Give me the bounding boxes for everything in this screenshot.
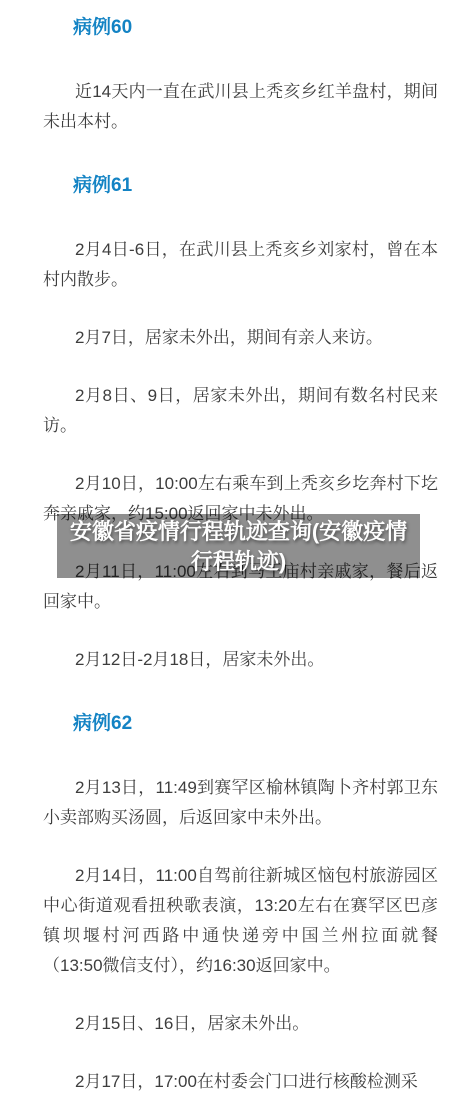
trajectory-paragraph: 2月17日，17:00在村委会门口进行核酸检测采 bbox=[43, 1067, 438, 1095]
article-page: { "page": { "background_color": "#ffffff… bbox=[0, 0, 476, 1095]
trajectory-paragraph: 2月15日、16日，居家未外出。 bbox=[43, 1009, 438, 1039]
trajectory-paragraph: 2月4日-6日，在武川县上秃亥乡刘家村，曾在本村内散步。 bbox=[43, 235, 438, 295]
trajectory-paragraph: 2月14日，11:00自驾前往新城区恼包村旅游园区中心街道观看扭秧歌表演，13:… bbox=[43, 861, 438, 981]
trajectory-paragraph: 2月12日-2月18日，居家未外出。 bbox=[43, 645, 438, 675]
case-heading-61: 病例61 bbox=[43, 173, 438, 199]
watermark-caption: 安徽省疫情行程轨迹查询(安徽疫情 行程轨迹) bbox=[57, 514, 420, 578]
trajectory-paragraph: 近14天内一直在武川县上秃亥乡红羊盘村，期间未出本村。 bbox=[43, 77, 438, 137]
trajectory-paragraph: 2月8日、9日，居家未外出，期间有数名村民来访。 bbox=[43, 381, 438, 441]
watermark-caption-line-1: 安徽省疫情行程轨迹查询(安徽疫情 bbox=[57, 517, 420, 547]
case-heading-62: 病例62 bbox=[43, 711, 438, 737]
case-heading-60: 病例60 bbox=[43, 15, 438, 41]
watermark-caption-line-2: 行程轨迹) bbox=[57, 547, 420, 577]
trajectory-paragraph: 2月7日，居家未外出，期间有亲人来访。 bbox=[43, 323, 438, 353]
trajectory-paragraph: 2月13日，11:49到赛罕区榆林镇陶卜齐村郭卫东小卖部购买汤圆，后返回家中未外… bbox=[43, 773, 438, 833]
